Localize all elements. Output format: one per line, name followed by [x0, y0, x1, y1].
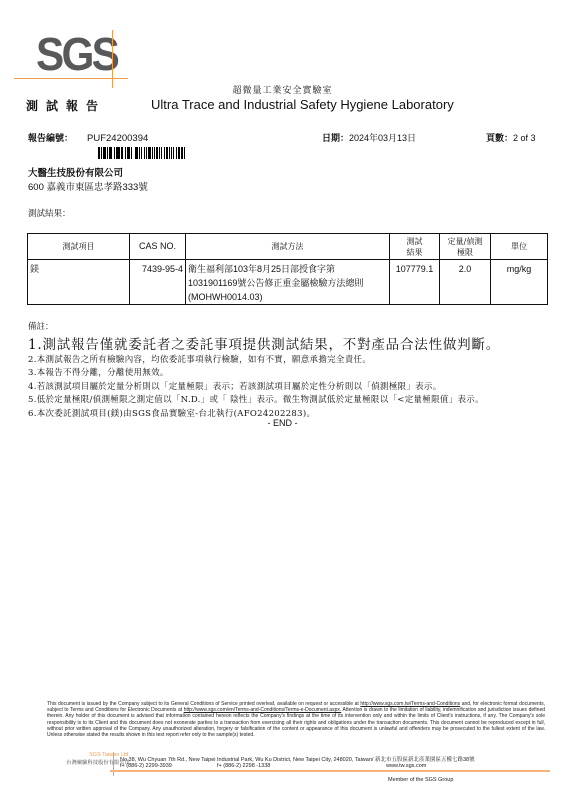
cell-cas-no: 7439-95-4 — [130, 260, 186, 305]
terms-link[interactable]: http://www.sgs.com.tw/Terms-and-Conditio… — [360, 701, 460, 707]
client-name: 大醫生技股份有限公司 — [28, 165, 123, 179]
page-count: 頁數：2 of 3 — [486, 131, 536, 144]
footer-member: Member of the SGS Group — [388, 777, 453, 783]
client-address: 600 嘉義市東區忠孝路333號 — [28, 179, 148, 193]
sgs-logo-text: SGS — [36, 30, 117, 78]
lab-name-cn: 超微量工業安全實驗室 — [0, 83, 565, 96]
report-date-value: 2024年03月13日 — [349, 133, 416, 143]
results-table: 測試項目 CAS NO. 測試方法 測試結果 定量/偵測極限 單位 鎂 7439… — [27, 233, 548, 305]
note-item: 3.本報告不得分離，分離使用無效。 — [28, 367, 500, 380]
report-number: 報告編號：PUF24200394 — [28, 131, 148, 144]
cell-limit: 2.0 — [440, 260, 491, 305]
report-number-value: PUF24200394 — [87, 133, 148, 144]
method-line: 衛生福利部103年8月25日部授食字第 — [188, 262, 389, 276]
table-row: 鎂 7439-95-4 衛生福利部103年8月25日部授食字第 10319011… — [28, 260, 548, 305]
footer-telephone: t+ (886-2) 2299-3939 — [120, 763, 172, 769]
sgs-logo: SGS — [14, 30, 128, 88]
logo-horizontal-rule — [14, 78, 128, 79]
report-number-label: 報告編號： — [28, 134, 73, 144]
page-count-value: 2 of 3 — [513, 133, 536, 143]
cell-method: 衛生福利部103年8月25日部授食字第 1031901169號公告修正重金屬檢驗… — [186, 260, 390, 305]
footer-divider-horizontal — [110, 770, 550, 772]
barcode — [98, 147, 226, 159]
note-item: 5.低於定量極限/偵測極限之測定值以「N.D.」或「 陰性」表示。微生物測試低於… — [28, 394, 500, 407]
report-date: 日期：2024年03月13日 — [322, 131, 416, 144]
footer-fax: f+ (886-2) 2298 -1338 — [217, 763, 270, 769]
e-document-terms-link[interactable]: http://www.sgs.com/en/Terms-and-Conditio… — [184, 707, 342, 713]
note-item: 2.本測試報告之所有檢驗內容，均依委託事項執行檢驗，如有不實，願意承擔完全責任。 — [28, 354, 500, 367]
report-date-label: 日期： — [322, 134, 349, 144]
lab-name-en: Ultra Trace and Industrial Safety Hygien… — [151, 97, 454, 112]
notes-section: 備註： 1.測試報告僅就委託者之委託事項提供測試結果，不對產品合法性做判斷。 2… — [28, 320, 500, 421]
legal-disclaimer: This document is issued by the Company s… — [47, 701, 545, 738]
method-line: 1031901169號公告修正重金屬檢驗方法總則 — [188, 276, 389, 290]
method-line: (MOHWH0014.03) — [188, 290, 389, 304]
table-header-row: 測試項目 CAS NO. 測試方法 測試結果 定量/偵測極限 單位 — [28, 234, 548, 260]
logo-vertical-rule — [112, 30, 113, 88]
note-item: 1.測試報告僅就委託者之委託事項提供測試結果，不對產品合法性做判斷。 — [28, 336, 500, 354]
page-count-label: 頁數： — [486, 134, 513, 144]
end-marker: - END - — [0, 418, 565, 428]
note-item: 4.若該測試項目屬於定量分析則以「定量極限」表示；若該測試項目屬於定性分析則以「… — [28, 381, 500, 394]
footer-website[interactable]: www.tw.sgs.com — [386, 763, 426, 769]
cell-item: 鎂 — [28, 260, 130, 305]
footer-divider-vertical — [113, 752, 114, 776]
col-header-limit: 定量/偵測極限 — [440, 234, 491, 260]
col-header-item: 測試項目 — [28, 234, 130, 260]
results-label: 測試結果： — [28, 207, 71, 219]
col-header-method: 測試方法 — [186, 234, 390, 260]
report-title: 測試報告 — [26, 97, 106, 114]
col-header-cas: CAS NO. — [130, 234, 186, 260]
footer-company-cn: 台灣檢驗科技股份有限公司 — [44, 759, 130, 766]
disclaimer-text: This document is issued by the Company s… — [47, 701, 360, 707]
cell-unit: mg/kg — [491, 260, 548, 305]
notes-title: 備註： — [28, 320, 500, 332]
footer-address: No.38, Wu Chyuan 7th Rd., New Taipei Ind… — [120, 755, 475, 763]
cell-result: 107779.1 — [390, 260, 440, 305]
col-header-unit: 單位 — [491, 234, 548, 260]
col-header-result: 測試結果 — [390, 234, 440, 260]
